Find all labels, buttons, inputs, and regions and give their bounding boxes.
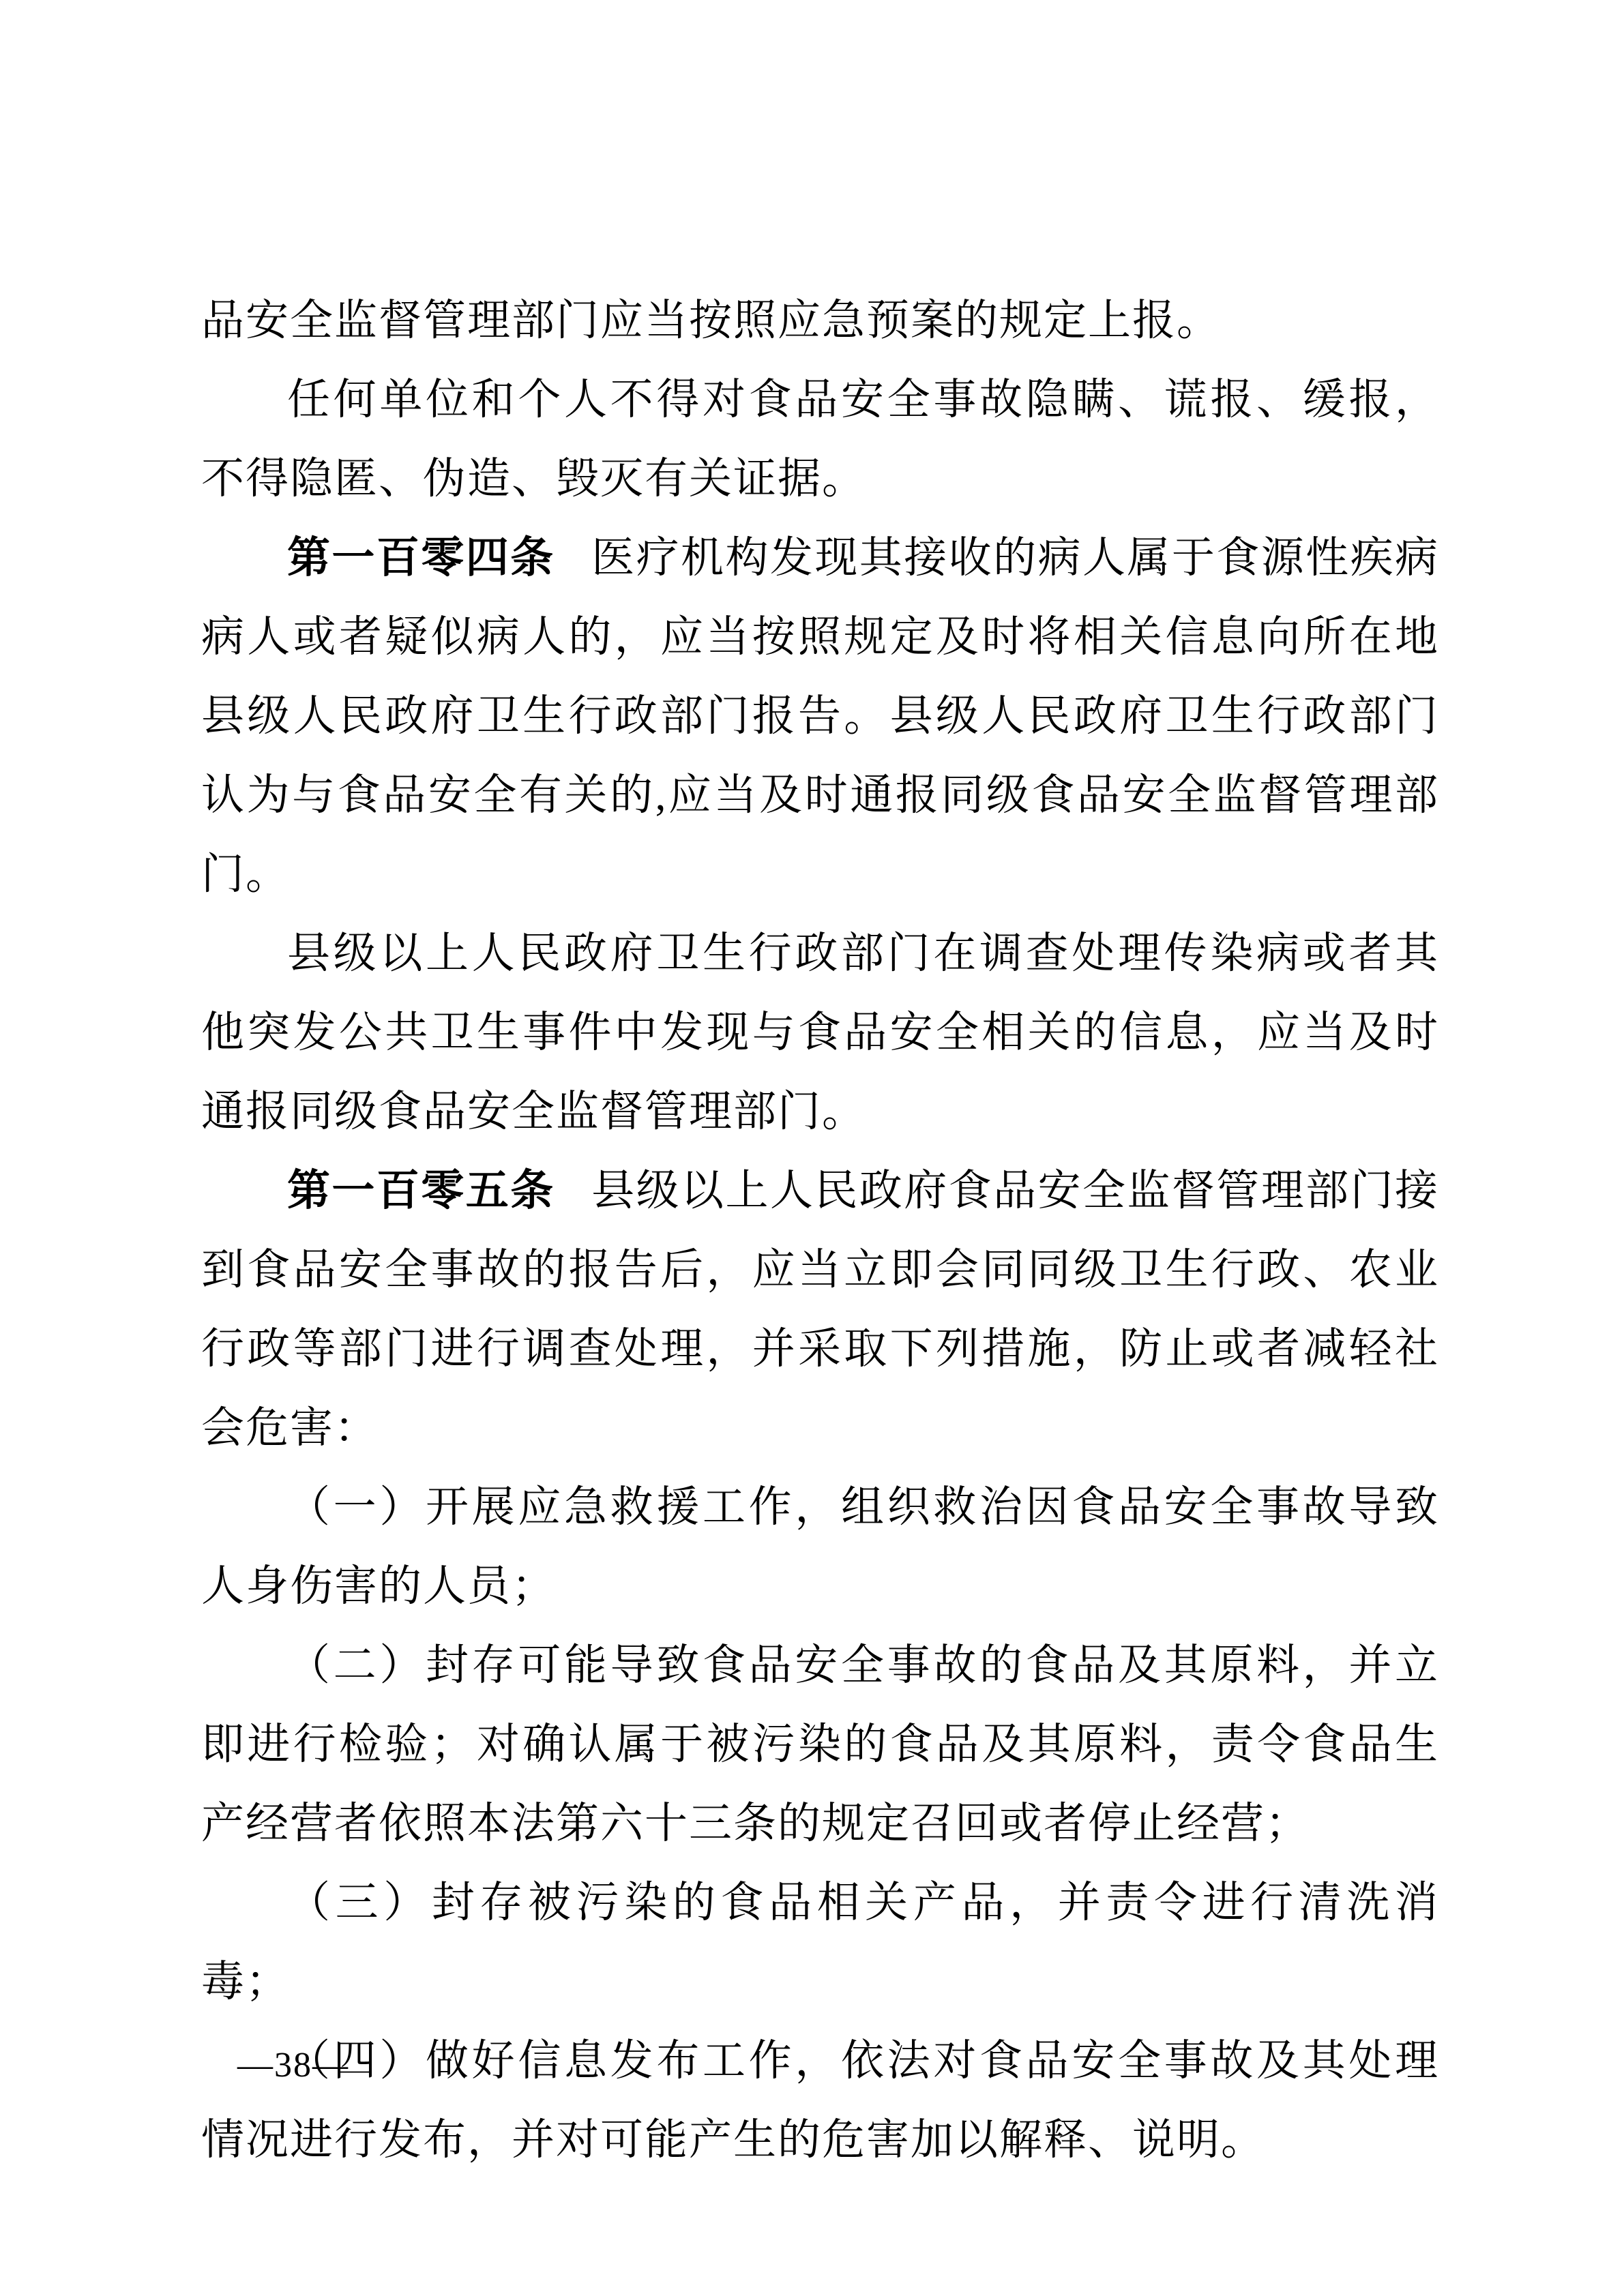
page-footer: —38— <box>237 2044 349 2087</box>
continuation-paragraph: 品安全监督管理部门应当按照应急预案的规定上报。 <box>201 281 1439 360</box>
article-105-item-4: （四）做好信息发布工作，依法对食品安全事故及其处理情况进行发布，并对可能产生的危… <box>201 2021 1439 2179</box>
article-105-number: 第一百零五条 <box>287 1167 555 1214</box>
article-105-item-3: （三）封存被污染的食品相关产品，并责令进行清洗消毒； <box>201 1863 1439 2021</box>
article-105-item-1: （一）开展应急救援工作，组织救治因食品安全事故导致人身伤害的人员； <box>201 1467 1439 1626</box>
paragraph-no-concealment: 任何单位和个人不得对食品安全事故隐瞒、谎报、缓报，不得隐匿、伪造、毁灭有关证据。 <box>201 360 1439 518</box>
page-number: —38— <box>237 2046 349 2085</box>
article-105-paragraph: 第一百零五条县级以上人民政府食品安全监督管理部门接到食品安全事故的报告后，应当立… <box>201 1151 1439 1467</box>
article-104-text: 医疗机构发现其接收的病人属于食源性疾病病人或者疑似病人的，应当按照规定及时将相关… <box>201 534 1439 898</box>
document-page: 品安全监督管理部门应当按照应急预案的规定上报。 任何单位和个人不得对食品安全事故… <box>0 0 1624 2296</box>
article-104-paragraph: 第一百零四条医疗机构发现其接收的病人属于食源性疾病病人或者疑似病人的，应当按照规… <box>201 518 1439 914</box>
document-body: 品安全监督管理部门应当按照应急预案的规定上报。 任何单位和个人不得对食品安全事故… <box>201 281 1439 2179</box>
article-105-item-2: （二）封存可能导致食品安全事故的食品及其原料，并立即进行检验；对确认属于被污染的… <box>201 1626 1439 1863</box>
article-104-number: 第一百零四条 <box>287 534 555 582</box>
article-104-paragraph-2: 县级以上人民政府卫生行政部门在调查处理传染病或者其他突发公共卫生事件中发现与食品… <box>201 914 1439 1151</box>
